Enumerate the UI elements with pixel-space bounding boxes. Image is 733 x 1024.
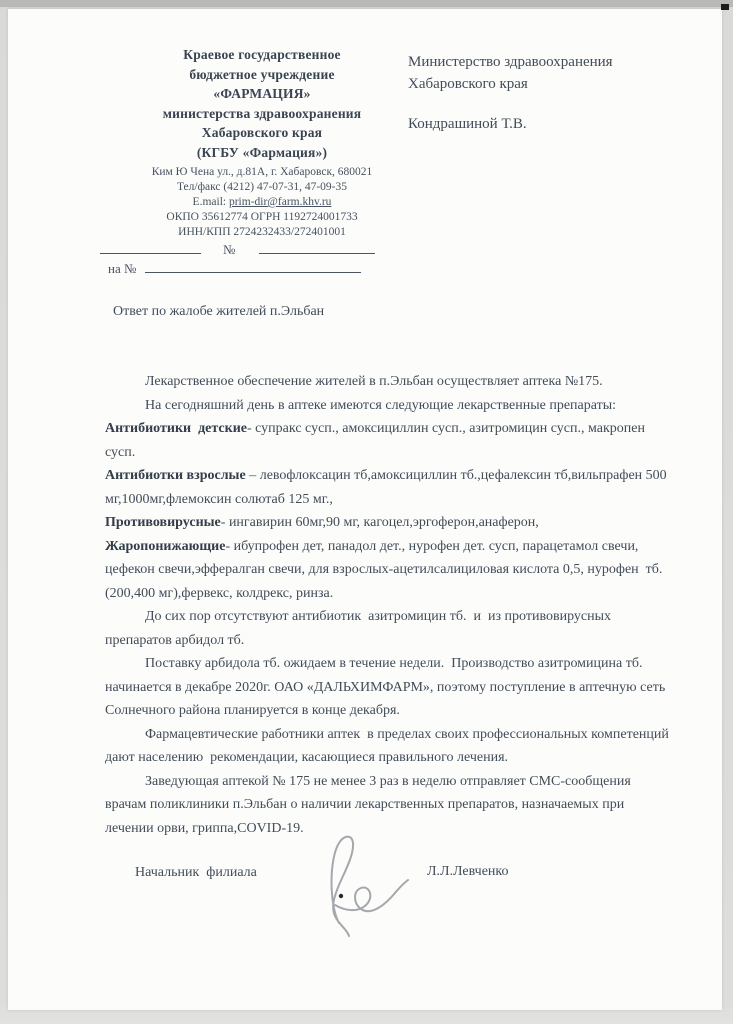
body-paragraph: Антибиотки взрослые – левофлоксацин тб,а… xyxy=(105,464,673,511)
paragraph-text: До сих пор отсутствуют антибиотик азитро… xyxy=(105,609,615,648)
body-paragraph: Фармацевтические работники аптек в преде… xyxy=(105,723,673,770)
sender-email: prim-dir@farm.khv.ru xyxy=(229,196,331,208)
letter-page: Краевое государственное бюджетное учрежд… xyxy=(8,9,722,1010)
date-blank xyxy=(100,239,201,254)
body-paragraph: Лекарственное обеспечение жителей в п.Эл… xyxy=(105,370,673,394)
body-paragraph: До сих пор отсутствуют антибиотик азитро… xyxy=(105,605,673,652)
sender-phone: Тел/факс (4212) 47-07-31, 47-09-35 xyxy=(68,180,456,195)
paragraph-lead: Антибиотики детские xyxy=(105,421,247,436)
sender-name: Краевое государственное бюджетное учрежд… xyxy=(68,45,456,162)
number-blank xyxy=(259,239,375,254)
na-number-label: на № xyxy=(108,261,136,277)
paragraph-text: На сегодняшний день в аптеке имеются сле… xyxy=(145,398,616,413)
body-paragraph: На сегодняшний день в аптеке имеются сле… xyxy=(105,394,673,418)
paragraph-lead: Противовирусные xyxy=(105,515,221,530)
paragraph-text: Поставку арбидола тб. ожидаем в течение … xyxy=(105,656,669,718)
incoming-number-line: на № xyxy=(108,258,361,277)
scan-artifact-mark xyxy=(721,4,729,10)
sender-address: Ким Ю Чена ул., д.81А, г. Хабаровск, 680… xyxy=(68,165,456,180)
signer-name: Л.Л.Левченко xyxy=(427,864,509,880)
paragraph-text: Лекарственное обеспечение жителей в п.Эл… xyxy=(145,374,603,389)
body-paragraph: Антибиотики детские- супракс сусп., амок… xyxy=(105,417,673,464)
outgoing-number-line: № xyxy=(100,239,375,258)
sender-name-line: министерства здравоохранения xyxy=(68,104,456,124)
sender-name-line: (КГБУ «Фармация») xyxy=(68,143,456,163)
body-paragraph: Поставку арбидола тб. ожидаем в течение … xyxy=(105,652,673,723)
handwritten-signature xyxy=(295,819,415,944)
recipient-org-line: Хабаровского края xyxy=(408,73,698,95)
paragraph-text: - ингавирин 60мг,90 мг, кагоцел,эргоферо… xyxy=(221,515,539,530)
body-paragraph: Противовирусные- ингавирин 60мг,90 мг, к… xyxy=(105,511,673,535)
sender-name-line: Хабаровского края xyxy=(68,123,456,143)
recipient-org-line: Министерство здравоохранения xyxy=(408,51,698,73)
recipient-block: Министерство здравоохранения Хабаровског… xyxy=(408,51,698,135)
sender-inn-kpp: ИНН/КПП 2724232433/272401001 xyxy=(68,225,456,240)
sender-okpo-ogrn: ОКПО 35612774 ОГРН 1192724001733 xyxy=(68,210,456,225)
na-number-blank xyxy=(145,258,361,273)
subject-line: Ответ по жалобе жителей п.Эльбан xyxy=(113,304,324,320)
scanned-letter: Краевое государственное бюджетное учрежд… xyxy=(0,0,733,1024)
sender-email-line: E.mail: prim-dir@farm.khv.ru xyxy=(68,195,456,210)
number-label: № xyxy=(223,242,235,258)
signer-title: Начальник филиала xyxy=(135,865,257,881)
paragraph-text: Фармацевтические работники аптек в преде… xyxy=(105,727,672,766)
paragraph-lead: Антибиотки взрослые xyxy=(105,468,246,483)
body-paragraph: Жаропонижающие- ибупрофен дет, панадол д… xyxy=(105,535,673,606)
email-label: E.mail: xyxy=(193,196,229,208)
sender-name-line: Краевое государственное xyxy=(68,45,456,65)
sender-letterhead: Краевое государственное бюджетное учрежд… xyxy=(68,45,456,240)
paragraph-lead: Жаропонижающие xyxy=(105,539,225,554)
letter-body: Лекарственное обеспечение жителей в п.Эл… xyxy=(105,370,673,840)
sender-name-line: «ФАРМАЦИЯ» xyxy=(68,84,456,104)
sender-name-line: бюджетное учреждение xyxy=(68,65,456,85)
sender-contacts: Ким Ю Чена ул., д.81А, г. Хабаровск, 680… xyxy=(68,165,456,240)
recipient-person: Кондрашиной Т.В. xyxy=(408,113,698,135)
